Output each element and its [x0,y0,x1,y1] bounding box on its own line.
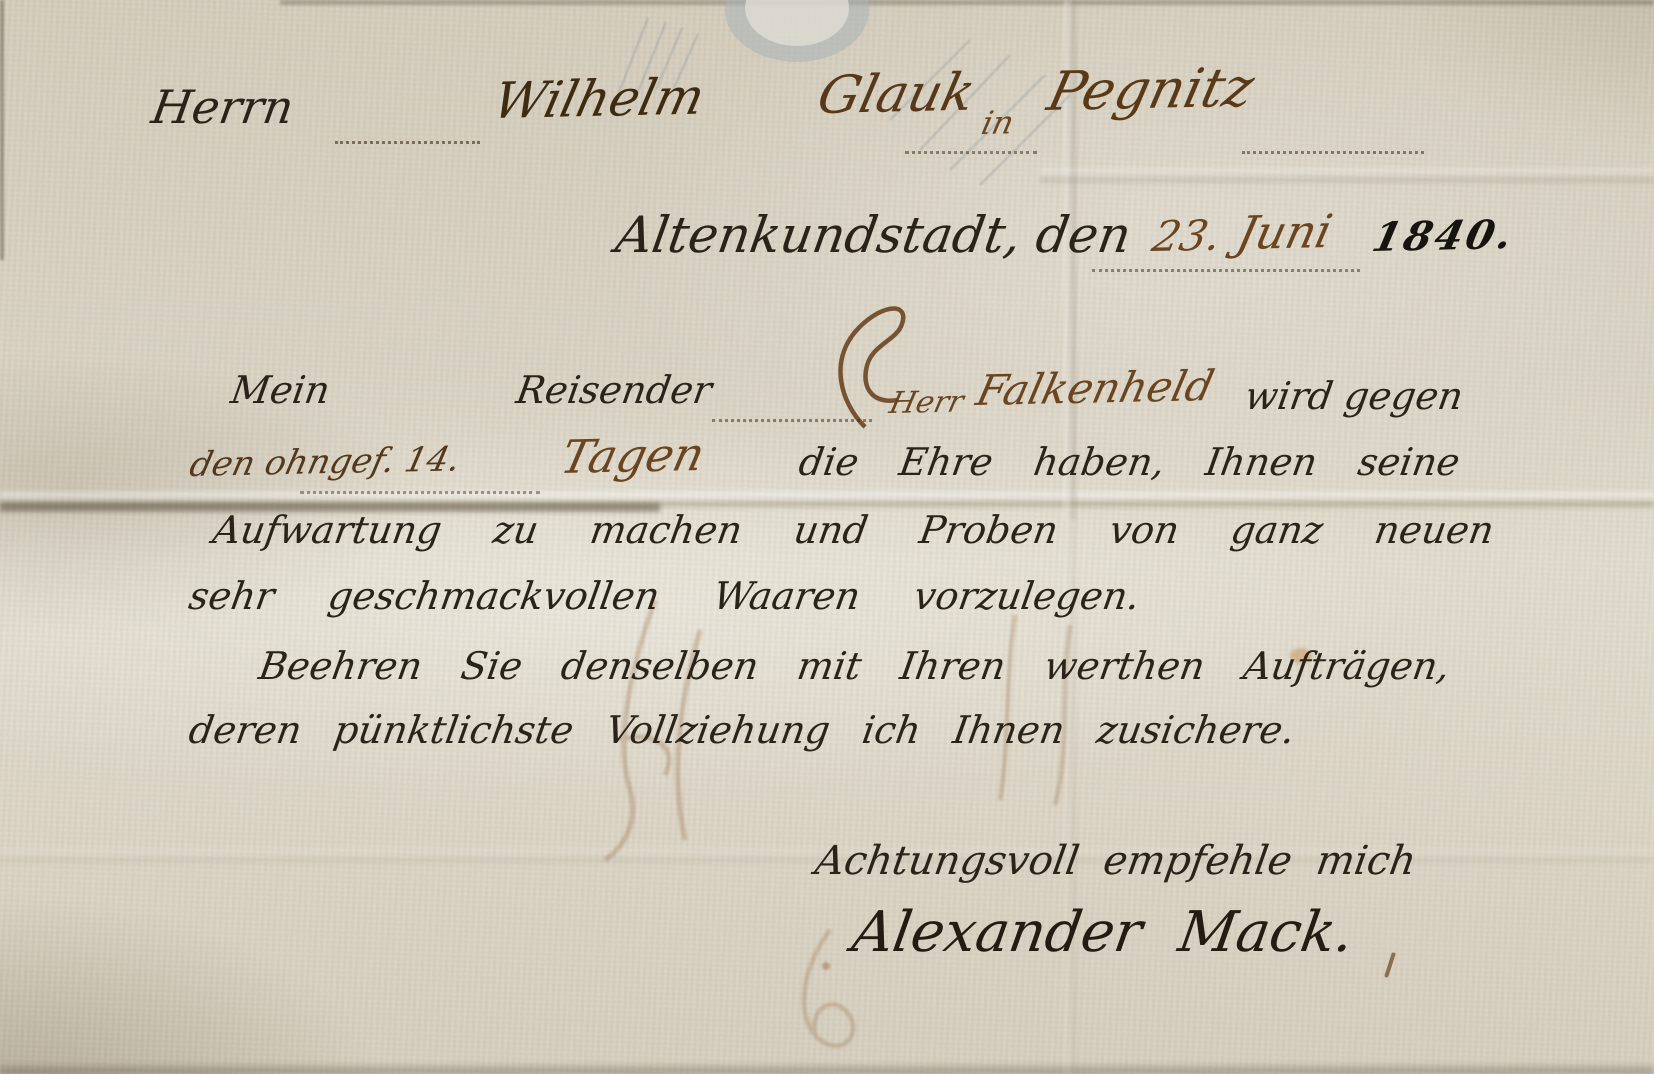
dotted-line-body2 [300,490,540,494]
paper-edge-left [0,0,4,260]
address-place: Pegnitz [1042,56,1260,123]
body-line2-tail: die Ehre haben, Ihnen seine [796,440,1463,484]
address-recipient-name: Wilhelm [488,68,710,130]
dateline-place: Altenkundstadt, den [612,206,1135,264]
address-recipient-surname: Glauk [812,63,981,126]
dotted-line-dateline [1092,268,1360,272]
dotted-line-after-prefix [335,140,480,144]
dotted-line-after-place [1242,150,1424,154]
body-line3: Aufwartung zu machen und Proben von ganz… [210,508,1497,552]
body-line2-manuscript: Tagen [556,427,710,484]
dotted-line-under-preposition [905,150,1037,154]
address-prefix: Herrn [148,80,298,134]
dateline-day: 23. [1148,211,1226,261]
dateline-month: Juni [1232,204,1337,260]
signature-flourish-mark [1384,952,1396,978]
body-line1-title: Herr [886,384,967,421]
body-line5: Beehren Sie denselben mit Ihren werthen … [256,644,1453,688]
body-line1-tail: wird gegen [1242,374,1466,418]
body-line2-lead: den ohngef. 14. [186,439,464,485]
body-line1-name: Falkenheld [972,361,1219,415]
closing-valediction: Achtungsvoll empfehle mich [812,838,1419,884]
body-line1-printed: Mein Reisender [228,368,715,412]
body-line4: sehr geschmackvollen Waaren vorzulegen. [186,574,1143,618]
letter-scan: { "meta": { "document_type": "Handwritte… [0,0,1654,1074]
fold-crease-top-right [1040,168,1654,184]
dotted-line-body1 [712,418,872,422]
dateline-year: 1840. [1368,211,1520,261]
signature: Alexander Mack. [848,900,1358,965]
body-line6: deren pünktlichste Vollziehung ich Ihnen… [186,708,1298,752]
